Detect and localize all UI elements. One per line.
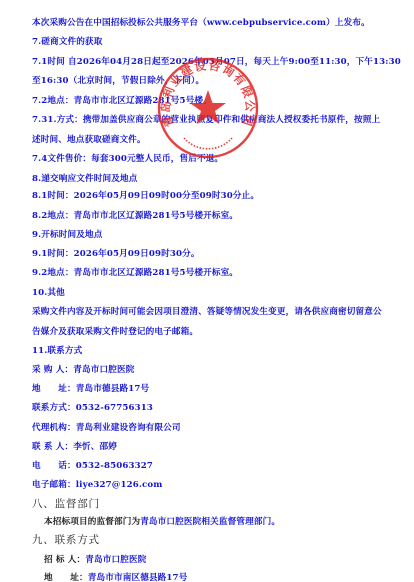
publication-notice: 本次采购公告在中国招标投标公共服务平台（www.cebpubservice.co… — [32, 17, 370, 29]
heading-7-obtain-documents: 7.磋商文件的获取 — [32, 36, 102, 48]
other-notice-cont: 告媒介及获取采购文件时登记的电子邮箱。 — [32, 326, 198, 338]
tel-value: 0532-85063327 — [76, 461, 153, 471]
item-7-4-price: 7.4文件售价：每套300元整人民币，售后不退。 — [32, 153, 223, 165]
phone-value: 0532-67756313 — [76, 403, 153, 413]
item-7-3-method-cont: 述时间、地点获取磋商文件。 — [32, 134, 146, 146]
heading-11-contact: 11.联系方式 — [32, 345, 82, 357]
tenderer-value: 青岛市口腔医院 — [85, 555, 146, 565]
purchaser-value: 青岛市口腔医院 — [73, 365, 134, 375]
contact-tel: 电 话：0532-85063327 — [32, 460, 153, 472]
section-8-heading: 八、监督部门 — [32, 498, 100, 510]
contact-address: 地 址：青岛市德县路17号 — [32, 383, 149, 395]
contact-person-value: 李忻、邵婷 — [73, 442, 117, 452]
item-9-2-location: 9.2地点：青岛市市北区辽源路281号5号楼开标室。 — [32, 267, 238, 279]
item-8-2-location: 8.2地点：青岛市市北区辽源路281号5号楼开标室。 — [32, 210, 238, 222]
item-7-3-method: 7.31.方式：携带加盖供应商公章的营业执照复印件和供应商法人授权委托书原件，按… — [32, 114, 380, 126]
other-notice: 采购文件内容及开标时间可能会因项目澄清、答疑等情况发生变更，请各供应商密切留意公 — [32, 306, 382, 318]
contact-phone: 联系方式：0532-67756313 — [32, 402, 153, 414]
contact-agency: 代理机构：青岛利业建设咨询有限公司 — [32, 422, 181, 434]
document-page: 本次采购公告在中国招标投标公共服务平台（www.cebpubservice.co… — [0, 0, 414, 582]
item-7-1-time-cont: 至16:30（北京时间，节假日除外，下同）。 — [32, 75, 204, 87]
address-value: 青岛市德县路17号 — [76, 384, 149, 394]
address-label: 地 址： — [32, 384, 76, 394]
item-8-1-time: 8.1时间：2026年05月09日09时00分至09时30分止。 — [32, 190, 259, 202]
supervision-prefix: 本招标项目的监督部门为 — [44, 517, 140, 527]
heading-10-other: 10.其他 — [32, 287, 65, 299]
email-value[interactable]: liye327@126.com — [76, 480, 163, 490]
section-8-body: 本招标项目的监督部门为青岛市口腔医院相关监督管理部门。 — [44, 516, 280, 528]
contact-person-label: 联 系 人： — [32, 442, 73, 452]
tenderer-address-value: 青岛市市南区德县路17号 — [88, 573, 188, 582]
tenderer-address-label: 地 址： — [44, 573, 88, 582]
item-7-1-time: 7.1时间 自2026年04月28日起至2026年05月07日，每天上午9:00… — [32, 56, 401, 68]
contact-purchaser: 采 购 人：青岛市口腔医院 — [32, 364, 134, 376]
contact-email: 电子邮箱：liye327@126.com — [32, 479, 163, 491]
item-9-1-time: 9.1时间：2026年05月09日09时30分。 — [32, 248, 200, 260]
heading-8-submission: 8.递交响应文件时间及地点 — [32, 173, 137, 185]
tenderer-label: 招 标 人： — [44, 555, 85, 565]
purchaser-label: 采 购 人： — [32, 365, 73, 375]
section-9-address: 地 址：青岛市市南区德县路17号 — [44, 572, 187, 582]
agency-label: 代理机构： — [32, 423, 76, 433]
contact-person: 联 系 人：李忻、邵婷 — [32, 441, 117, 453]
agency-value: 青岛利业建设咨询有限公司 — [76, 423, 181, 433]
section-9-heading: 九、联系方式 — [32, 534, 100, 546]
email-label: 电子邮箱： — [32, 480, 76, 490]
company-seal-icon: 青岛利业建设咨询有限公司 — [156, 56, 260, 160]
heading-9-opening: 9.开标时间及地点 — [32, 229, 102, 241]
phone-label: 联系方式： — [32, 403, 76, 413]
item-7-2-location: 7.2地点：青岛市市北区辽源路281号5号楼。 — [32, 95, 212, 107]
section-9-tenderer: 招 标 人：青岛市口腔医院 — [44, 554, 146, 566]
tel-label: 电 话： — [32, 461, 76, 471]
supervision-department: 青岛市口腔医院相关监督管理部门。 — [140, 517, 280, 527]
